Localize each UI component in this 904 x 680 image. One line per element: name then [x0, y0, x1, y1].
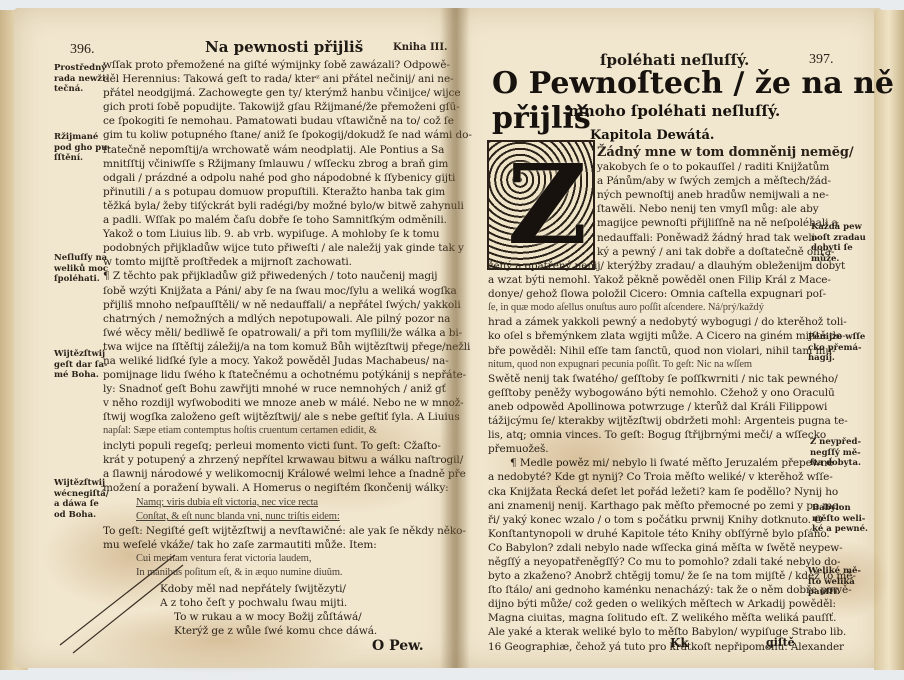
margin-note: Prostřednýrada newži-tečná. — [54, 63, 109, 95]
czech-verse: Kdoby měl nad nepřátely ſwijtězyti/ A z … — [160, 582, 377, 638]
chapter-title-continued: mnoho ſpoléhati neſluſſý. — [568, 102, 780, 120]
book-gutter — [440, 8, 470, 668]
margin-note: Wijtězſtwijwécnegiſtá/a dáwa ſeod Boha. — [54, 478, 109, 520]
margin-note: Neſluſſy naweliků mocſpoléhati. — [54, 253, 108, 285]
pen-stroke-mark — [45, 535, 185, 655]
page-number-left: 396. — [70, 42, 95, 58]
margin-note: Wijtězſtwijgeſt dar ſa-mé Boha. — [54, 349, 107, 381]
open-book: 396. Na pewnosti přijliš Kniha III. Pros… — [0, 0, 904, 680]
decorated-initial: Z — [487, 140, 595, 270]
margin-note: Každá pewnoſt zradaudobyti ſemůže. — [811, 222, 866, 264]
chapter-label: Kapitola Dewátá. — [590, 128, 714, 143]
right-body-text: žený a opatřený nenij/ kterýžby zradau/ … — [488, 259, 856, 654]
latin-verse: Namq; viris dubia eſt victoria, nec vice… — [136, 496, 340, 524]
catchword-right: giſtě — [766, 636, 795, 649]
chapter-title: O Pewnoſtech / že na ně přijliš — [492, 66, 904, 136]
margin-note: Weliké mě-ſto welikápauſſť. — [808, 566, 861, 598]
margin-note: Penijze wſſecko přemá-hagij. — [808, 332, 865, 364]
margin-note: Z neypřed-negſſý mě-ſta dobyta. — [810, 437, 861, 469]
catchword-left: O Pew. — [372, 638, 424, 654]
left-body-text: wſſak proto přemožené na giſté wýmijnky … — [103, 58, 472, 495]
signature-mark: Kk — [670, 636, 689, 650]
running-head-left: Na pewnosti přijliš — [205, 38, 363, 56]
margin-note: Babylonměſto weli-ké a pewné. — [812, 503, 868, 535]
